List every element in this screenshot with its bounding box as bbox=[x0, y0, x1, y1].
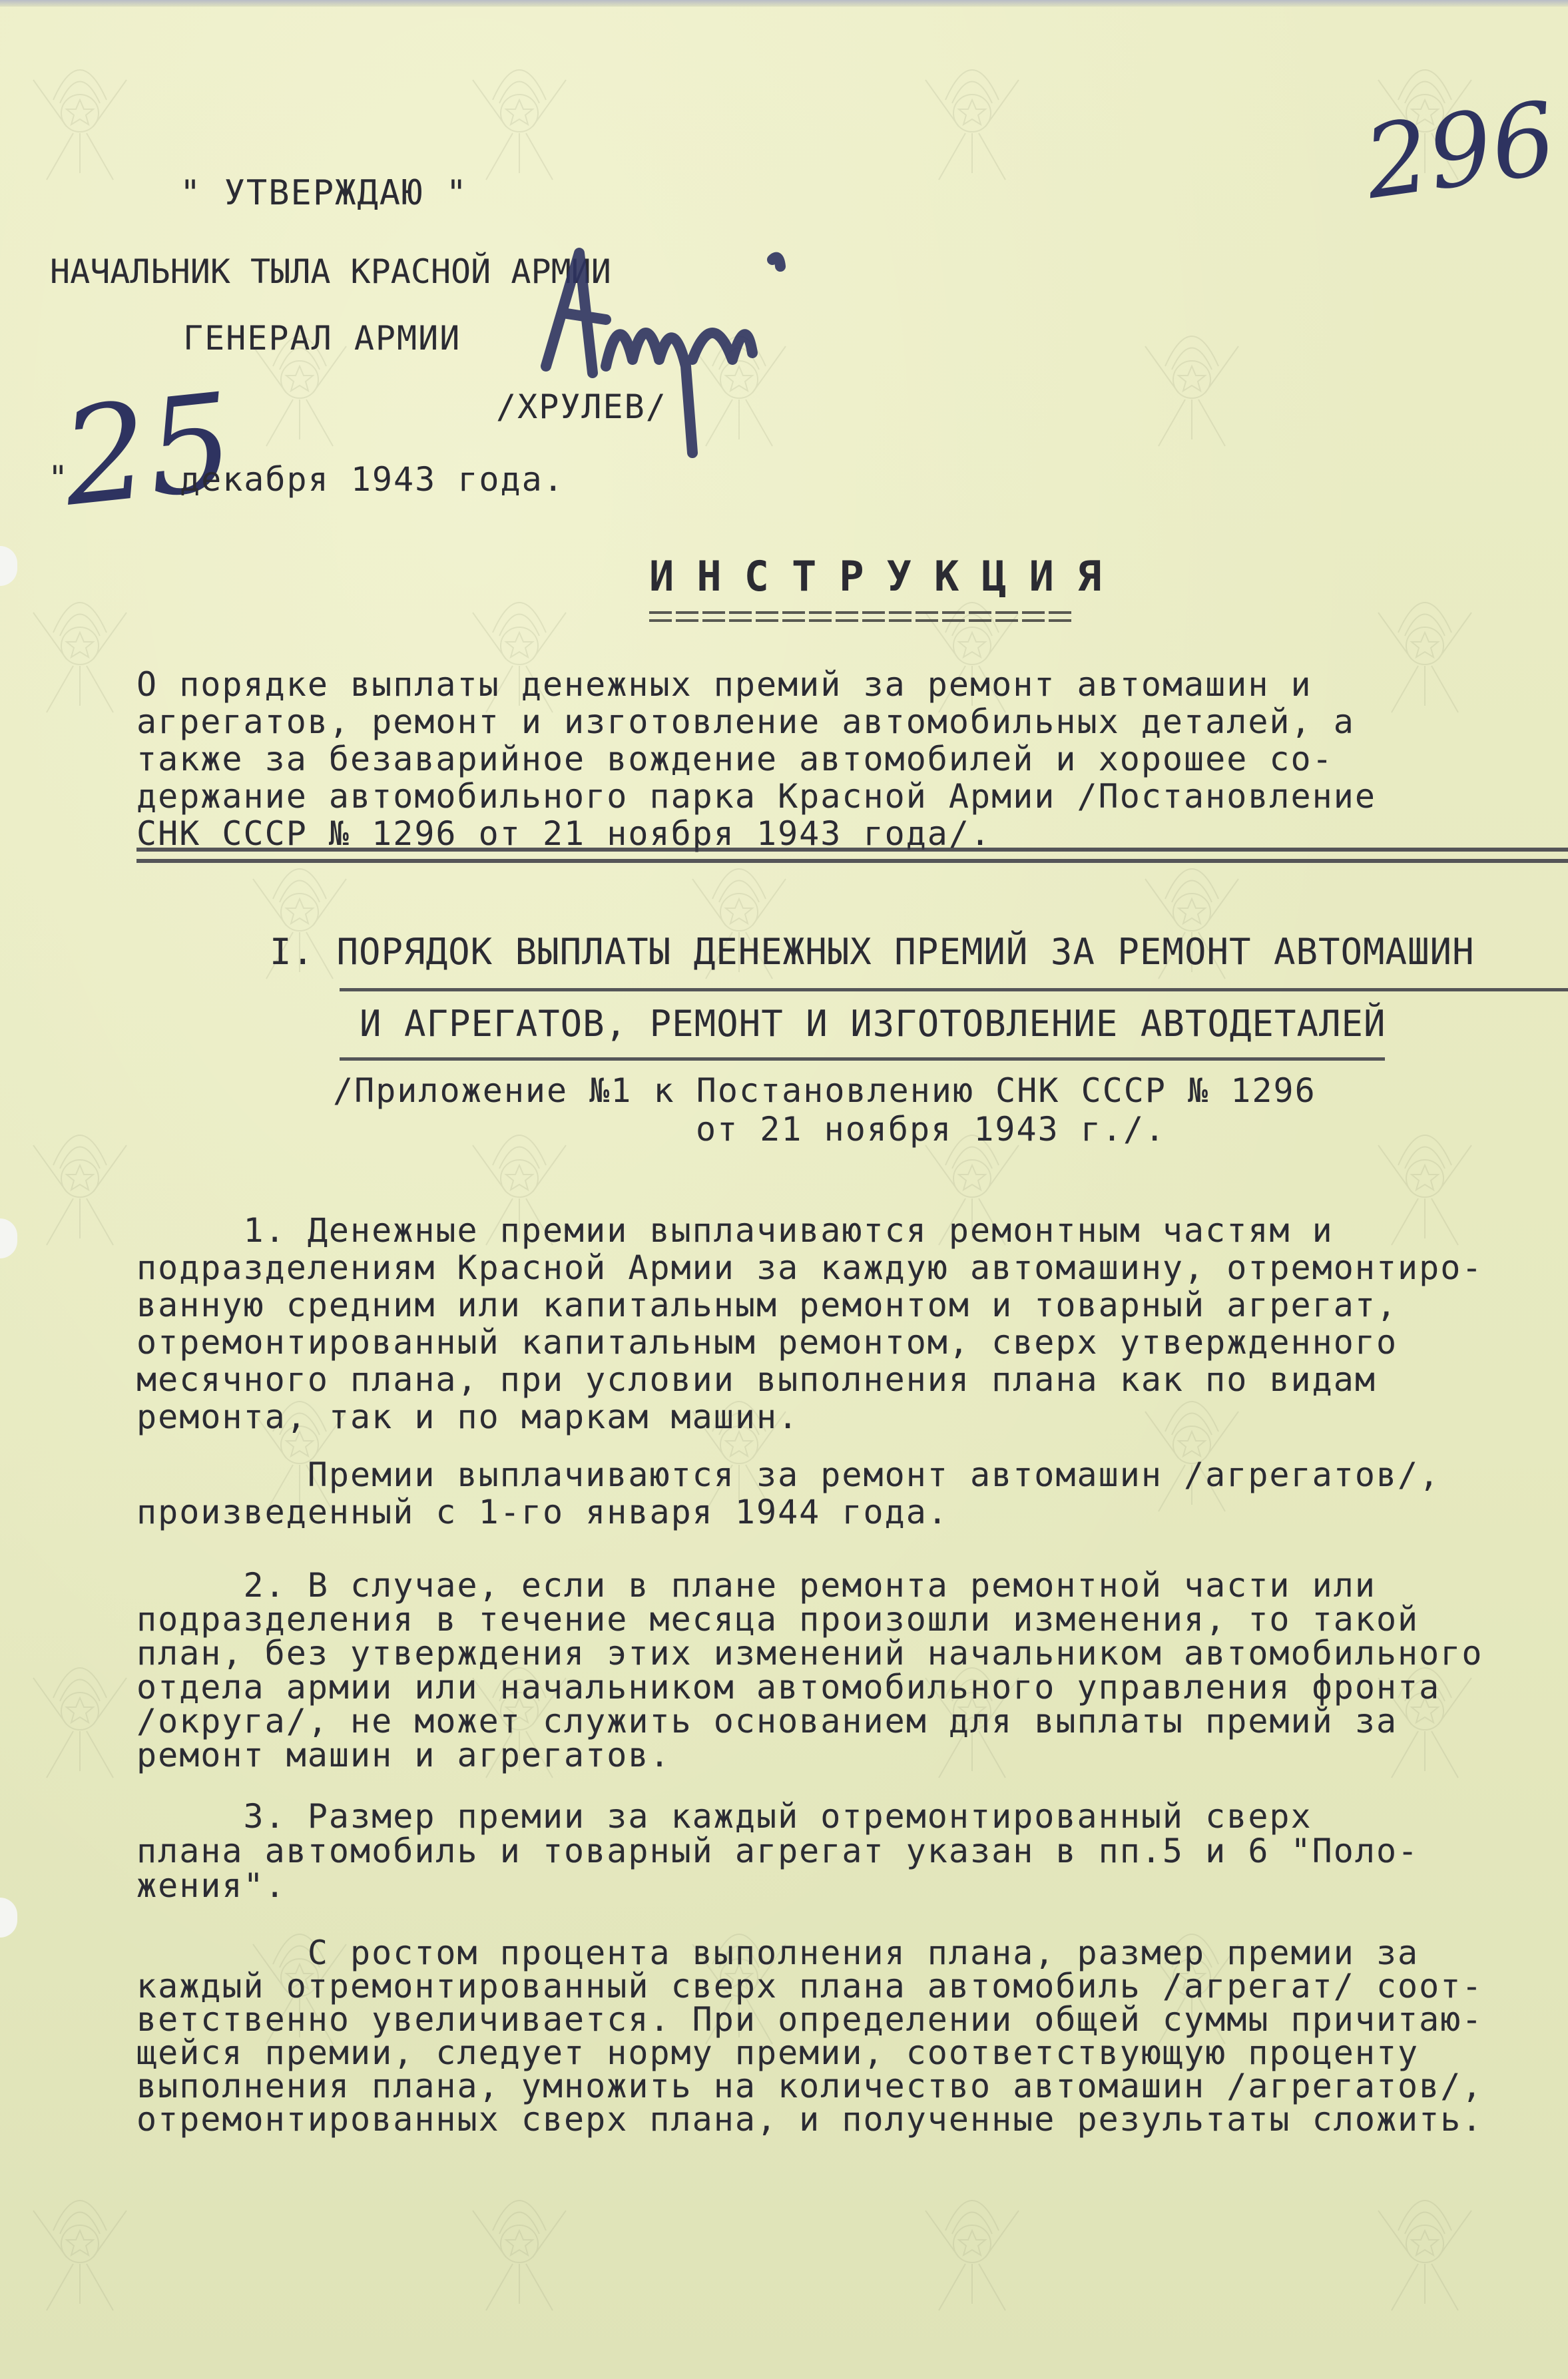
watermark-emblem-icon bbox=[27, 2171, 133, 2317]
heading-underline-1 bbox=[340, 988, 1568, 991]
heading-underline-2 bbox=[340, 1057, 1385, 1061]
watermark-emblem-icon bbox=[27, 1638, 133, 1784]
paragraph-line: отдела армии или начальником автомобильн… bbox=[136, 1669, 1483, 1703]
paragraph-line: выполнения плана, умножить на количество… bbox=[136, 2067, 1483, 2101]
subtitle-line: держание автомобильного парка Красной Ар… bbox=[136, 778, 1376, 815]
paragraph-line: 1. Денежные премии выплачиваются ремонтн… bbox=[136, 1212, 1483, 1249]
watermark-emblem-icon bbox=[466, 2171, 573, 2317]
paragraph-line: ванную средним или капитальным ремонтом … bbox=[136, 1286, 1483, 1324]
subtitle-line: также за безаварийное вождение автомобил… bbox=[136, 740, 1376, 778]
paragraph-line: 3. Размер премии за каждый отремонтирова… bbox=[136, 1798, 1419, 1832]
paragraph-line: произведенный с 1-го января 1944 года. bbox=[136, 1493, 1440, 1531]
watermark-emblem-icon bbox=[466, 40, 573, 186]
paragraph-line: С ростом процента выполнения плана, разм… bbox=[136, 1934, 1483, 1968]
paragraph-line: ветственно увеличивается. При определени… bbox=[136, 2001, 1483, 2034]
paragraph-line: подразделениям Красной Армии за каждую а… bbox=[136, 1249, 1483, 1286]
paragraph-line: ремонт машин и агрегатов. bbox=[136, 1736, 1483, 1770]
watermark-emblem-icon bbox=[1372, 573, 1478, 719]
watermark-emblem-icon bbox=[27, 573, 133, 719]
paragraph-line: ремонта, так и по маркам машин. bbox=[136, 1398, 1483, 1436]
paragraph-line: Премии выплачиваются за ремонт автомашин… bbox=[136, 1456, 1440, 1493]
handwritten-date-day: 25 bbox=[56, 364, 240, 536]
paragraph-line: 2. В случае, если в плане ремонта ремонт… bbox=[136, 1567, 1483, 1601]
scan-top-edge bbox=[0, 0, 1568, 7]
paragraph-line: щейся премии, следует норму премии, соот… bbox=[136, 2034, 1483, 2067]
approval-stamp: " УТВЕРЖДАЮ " bbox=[180, 174, 468, 212]
subtitle-line: О порядке выплаты денежных премий за рем… bbox=[136, 666, 1376, 703]
watermark-emblem-icon bbox=[27, 1105, 133, 1252]
section-heading-line2: И АГРЕГАТОВ, РЕМОНТ И ИЗГОТОВЛЕНИЕ АВТОД… bbox=[360, 1005, 1386, 1043]
watermark-emblem-icon bbox=[919, 2171, 1025, 2317]
approval-position-line1: НАЧАЛЬНИК ТЫЛА КРАСНОЙ АРМИИ bbox=[50, 253, 611, 290]
subtitle-line: агрегатов, ремонт и изготовление автомоб… bbox=[136, 703, 1376, 740]
paragraph-line: подразделения в течение месяца произошли… bbox=[136, 1601, 1483, 1635]
watermark-emblem-icon bbox=[1372, 2171, 1478, 2317]
title-underline bbox=[649, 611, 1075, 622]
subtitle-line: СНК СССР № 1296 от 21 ноября 1943 года/. bbox=[136, 815, 1376, 852]
paragraph-2: 2. В случае, если в плане ремонта ремонт… bbox=[136, 1567, 1483, 1770]
signature bbox=[533, 233, 906, 466]
paragraph-line: отремонтированных сверх плана, и получен… bbox=[136, 2101, 1483, 2134]
watermark-emblem-icon bbox=[27, 40, 133, 186]
document-subtitle: О порядке выплаты денежных премий за рем… bbox=[136, 666, 1376, 852]
paragraph-3: 3. Размер премии за каждый отремонтирова… bbox=[136, 1798, 1419, 1902]
paragraph-line: жения". bbox=[136, 1867, 1419, 1902]
paragraph-line: каждый отремонтированный сверх плана авт… bbox=[136, 1968, 1483, 2001]
paragraph-line: план, без утверждения этих изменений нач… bbox=[136, 1635, 1483, 1669]
paragraph-3-continued: С ростом процента выполнения плана, разм… bbox=[136, 1934, 1483, 2134]
paragraph-line: плана автомобиль и товарный агрегат указ… bbox=[136, 1832, 1419, 1867]
section-reference-line2: от 21 ноября 1943 г./. bbox=[696, 1111, 1166, 1148]
paragraph-1: 1. Денежные премии выплачиваются ремонтн… bbox=[136, 1212, 1483, 1436]
paragraph-line: месячного плана, при условии выполнения … bbox=[136, 1361, 1483, 1398]
date-rest: декабря 1943 года. bbox=[180, 461, 565, 498]
separator-rule-top bbox=[136, 848, 1568, 852]
document-title: ИНСТРУКЦИЯ bbox=[649, 558, 1124, 595]
section-reference-line1: /Приложение №1 к Постановлению СНК СССР … bbox=[333, 1072, 1316, 1109]
separator-rule-bottom bbox=[136, 859, 1568, 863]
watermark-emblem-icon bbox=[919, 40, 1025, 186]
watermark-emblem-icon bbox=[1139, 306, 1245, 453]
paragraph-line: /округа/, не может служить основанием дл… bbox=[136, 1703, 1483, 1736]
section-heading-line1: I. ПОРЯДОК ВЫПЛАТЫ ДЕНЕЖНЫХ ПРЕМИЙ ЗА РЕ… bbox=[270, 933, 1475, 971]
paragraph-1-continued: Премии выплачиваются за ремонт автомашин… bbox=[136, 1456, 1440, 1531]
paragraph-line: отремонтированный капитальным ремонтом, … bbox=[136, 1324, 1483, 1361]
approval-position-line2: ГЕНЕРАЛ АРМИИ bbox=[183, 320, 461, 357]
